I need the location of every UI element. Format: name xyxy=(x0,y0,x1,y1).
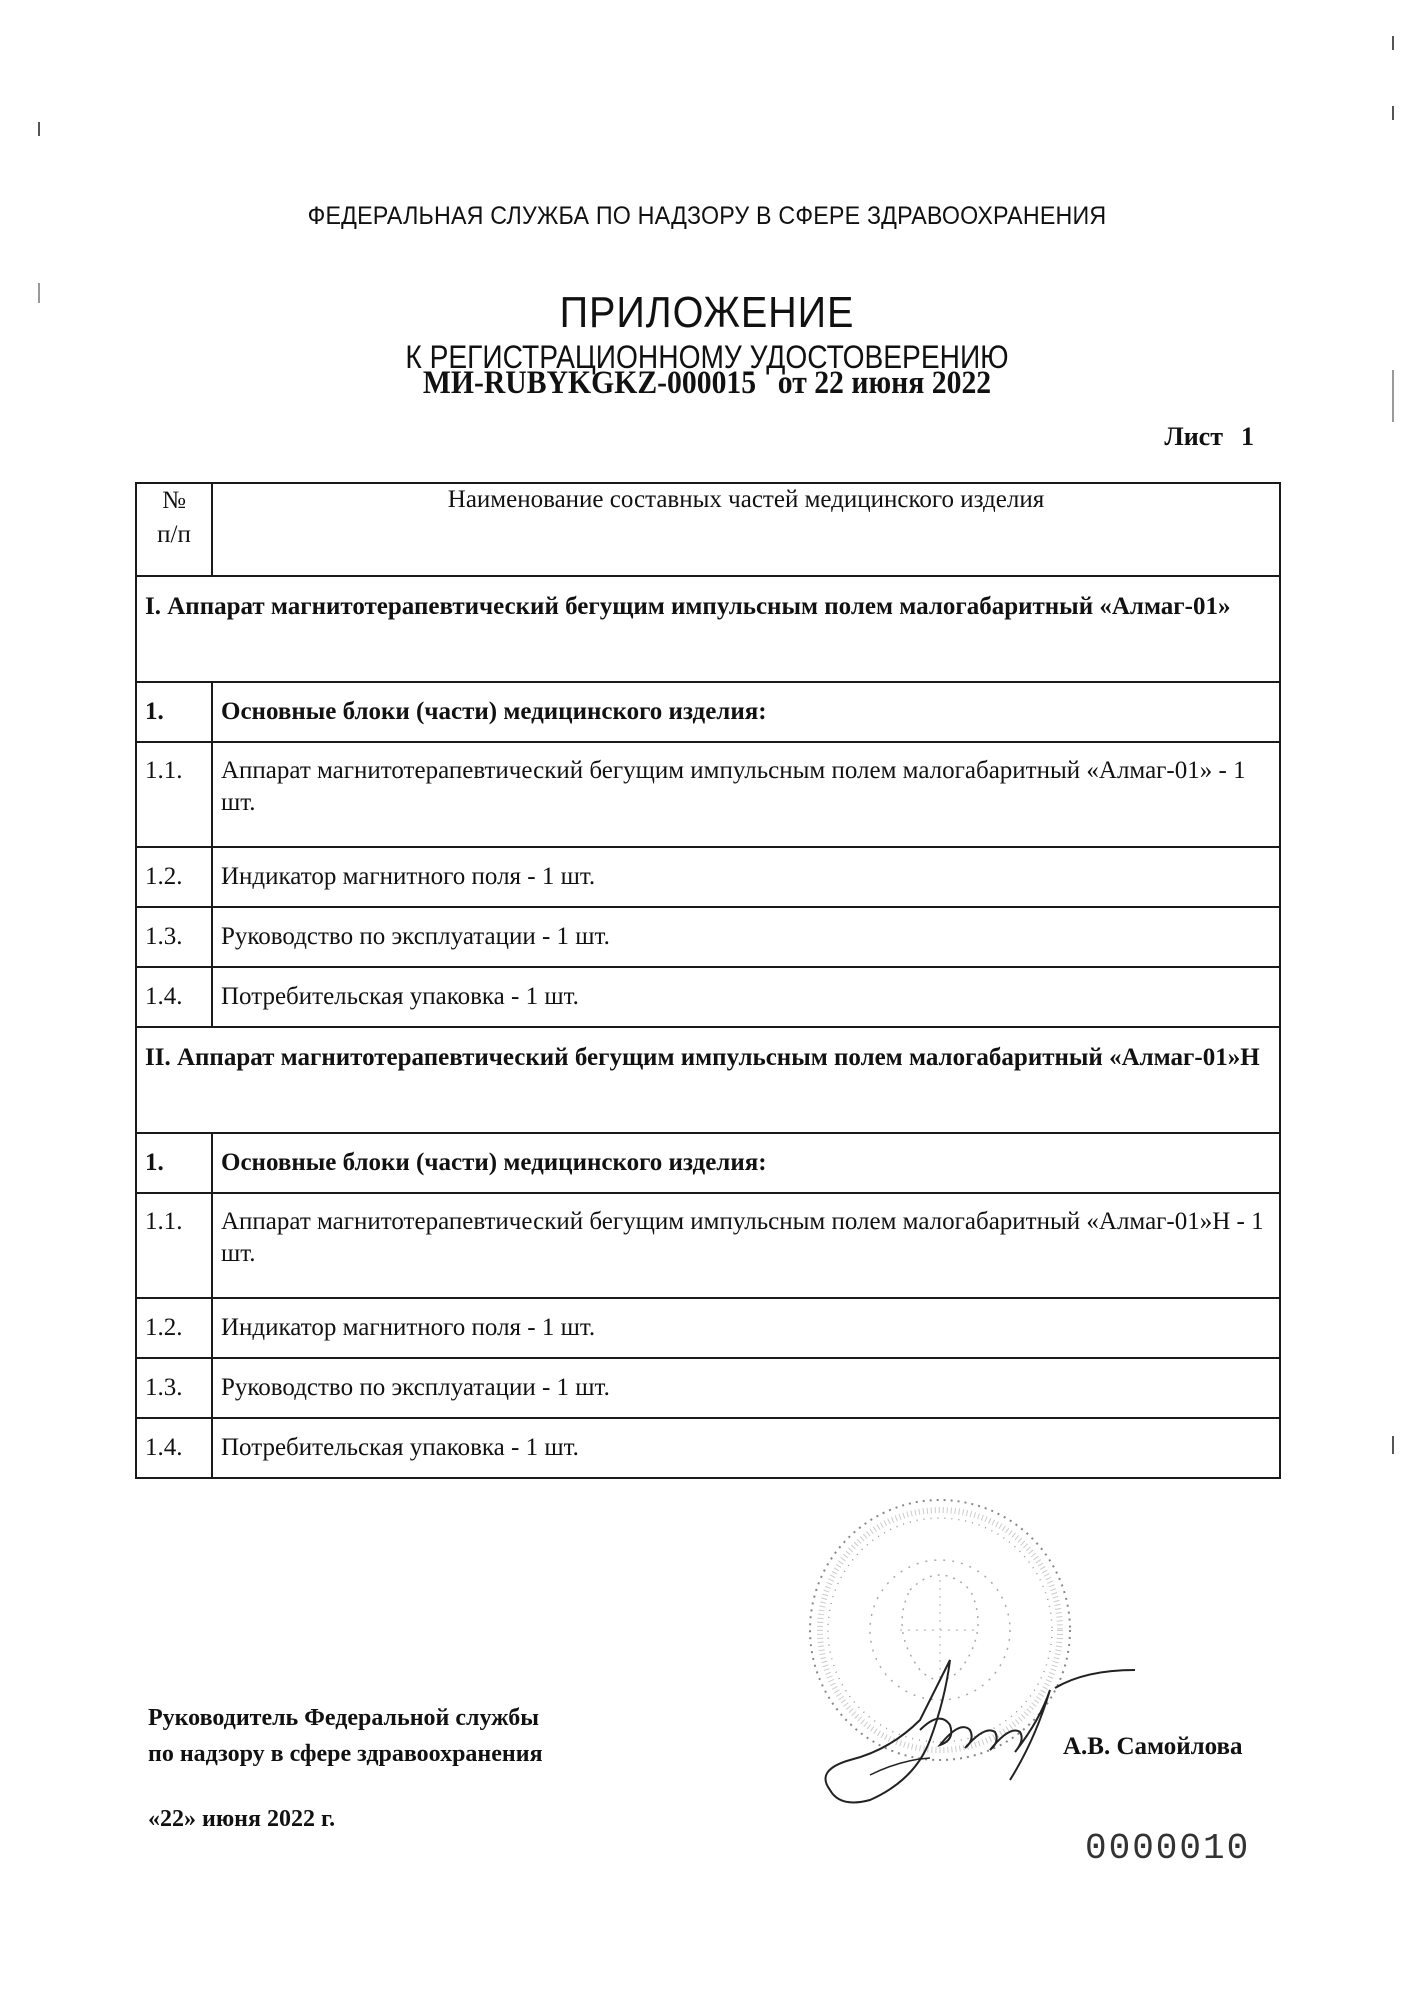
table-row: 1.2. Индикатор магнитного поля - 1 шт. xyxy=(136,847,1280,907)
table-row: 1.3. Руководство по эксплуатации - 1 шт. xyxy=(136,1358,1280,1418)
item-number: 1.4. xyxy=(136,967,212,1027)
item-name: Руководство по эксплуатации - 1 шт. xyxy=(212,907,1280,967)
table-row: 1.3. Руководство по эксплуатации - 1 шт. xyxy=(136,907,1280,967)
scan-artifact xyxy=(1392,36,1394,50)
table-row: 1.2. Индикатор магнитного поля - 1 шт. xyxy=(136,1298,1280,1358)
agency-name: ФЕДЕРАЛЬНАЯ СЛУЖБА ПО НАДЗОРУ В СФЕРЕ ЗД… xyxy=(49,202,1364,231)
group-row: 1. Основные блоки (части) медицинского и… xyxy=(136,1133,1280,1193)
section-title: I. Аппарат магнитотерапевтический бегущи… xyxy=(136,576,1280,682)
signer-position-line1: Руководитель Федеральной службы xyxy=(148,1700,543,1736)
section-row: II. Аппарат магнитотерапевтический бегущ… xyxy=(136,1027,1280,1133)
registration-number: МИ-RUBYKGKZ-000015 xyxy=(423,365,756,401)
column-header-name: Наименование составных частей медицинско… xyxy=(212,483,1280,576)
group-label: Основные блоки (части) медицинского изде… xyxy=(212,1133,1280,1193)
components-table: № п/п Наименование составных частей меди… xyxy=(135,482,1281,1479)
scan-artifact xyxy=(1392,1436,1394,1454)
group-row: 1. Основные блоки (части) медицинского и… xyxy=(136,682,1280,742)
signer-position-line2: по надзору в сфере здравоохранения xyxy=(148,1736,543,1772)
item-number: 1.1. xyxy=(136,1193,212,1298)
table-row: 1.4. Потребительская упаковка - 1 шт. xyxy=(136,1418,1280,1478)
table-header-row: № п/п Наименование составных частей меди… xyxy=(136,483,1280,576)
section-row: I. Аппарат магнитотерапевтический бегущи… xyxy=(136,576,1280,682)
item-name: Индикатор магнитного поля - 1 шт. xyxy=(212,847,1280,907)
document-title: ПРИЛОЖЕНИЕ xyxy=(71,290,1344,336)
serial-number: 0000010 xyxy=(1085,1828,1250,1869)
signer-position: Руководитель Федеральной службы по надзо… xyxy=(148,1700,543,1772)
item-name: Потребительская упаковка - 1 шт. xyxy=(212,1418,1280,1478)
item-name: Руководство по эксплуатации - 1 шт. xyxy=(212,1358,1280,1418)
column-header-number: № п/п xyxy=(136,483,212,576)
section-title: II. Аппарат магнитотерапевтический бегущ… xyxy=(136,1027,1280,1133)
scan-artifact xyxy=(38,122,40,136)
group-number: 1. xyxy=(136,682,212,742)
group-label: Основные блоки (части) медицинского изде… xyxy=(212,682,1280,742)
number-sign: № xyxy=(145,484,203,518)
item-name: Индикатор магнитного поля - 1 шт. xyxy=(212,1298,1280,1358)
item-name: Аппарат магнитотерапевтический бегущим и… xyxy=(212,1193,1280,1298)
item-name: Аппарат магнитотерапевтический бегущим и… xyxy=(212,742,1280,847)
item-number: 1.4. xyxy=(136,1418,212,1478)
sheet-indicator: Лист1 xyxy=(1164,422,1254,452)
item-number: 1.2. xyxy=(136,1298,212,1358)
scan-artifact xyxy=(1392,370,1394,422)
registration-date: от 22 июня 2022 xyxy=(778,365,991,401)
item-number: 1.3. xyxy=(136,1358,212,1418)
table-row: 1.4. Потребительская упаковка - 1 шт. xyxy=(136,967,1280,1027)
group-number: 1. xyxy=(136,1133,212,1193)
item-name: Потребительская упаковка - 1 шт. xyxy=(212,967,1280,1027)
table-row: 1.1. Аппарат магнитотерапевтический бегу… xyxy=(136,1193,1280,1298)
signer-name: А.В. Самойлова xyxy=(1063,1733,1243,1761)
handwritten-signature-icon xyxy=(810,1640,1140,1810)
sheet-label: Лист xyxy=(1164,422,1223,451)
registration-line: МИ-RUBYKGKZ-000015от 22 июня 2022 xyxy=(71,366,1344,400)
scan-artifact xyxy=(1392,106,1394,120)
item-number: 1.3. xyxy=(136,907,212,967)
table-row: 1.1. Аппарат магнитотерапевтический бегу… xyxy=(136,742,1280,847)
number-abbrev: п/п xyxy=(145,518,203,552)
signed-date: «22» июня 2022 г. xyxy=(148,1806,335,1833)
item-number: 1.1. xyxy=(136,742,212,847)
sheet-number: 1 xyxy=(1241,422,1254,451)
item-number: 1.2. xyxy=(136,847,212,907)
scan-artifact xyxy=(38,283,40,303)
